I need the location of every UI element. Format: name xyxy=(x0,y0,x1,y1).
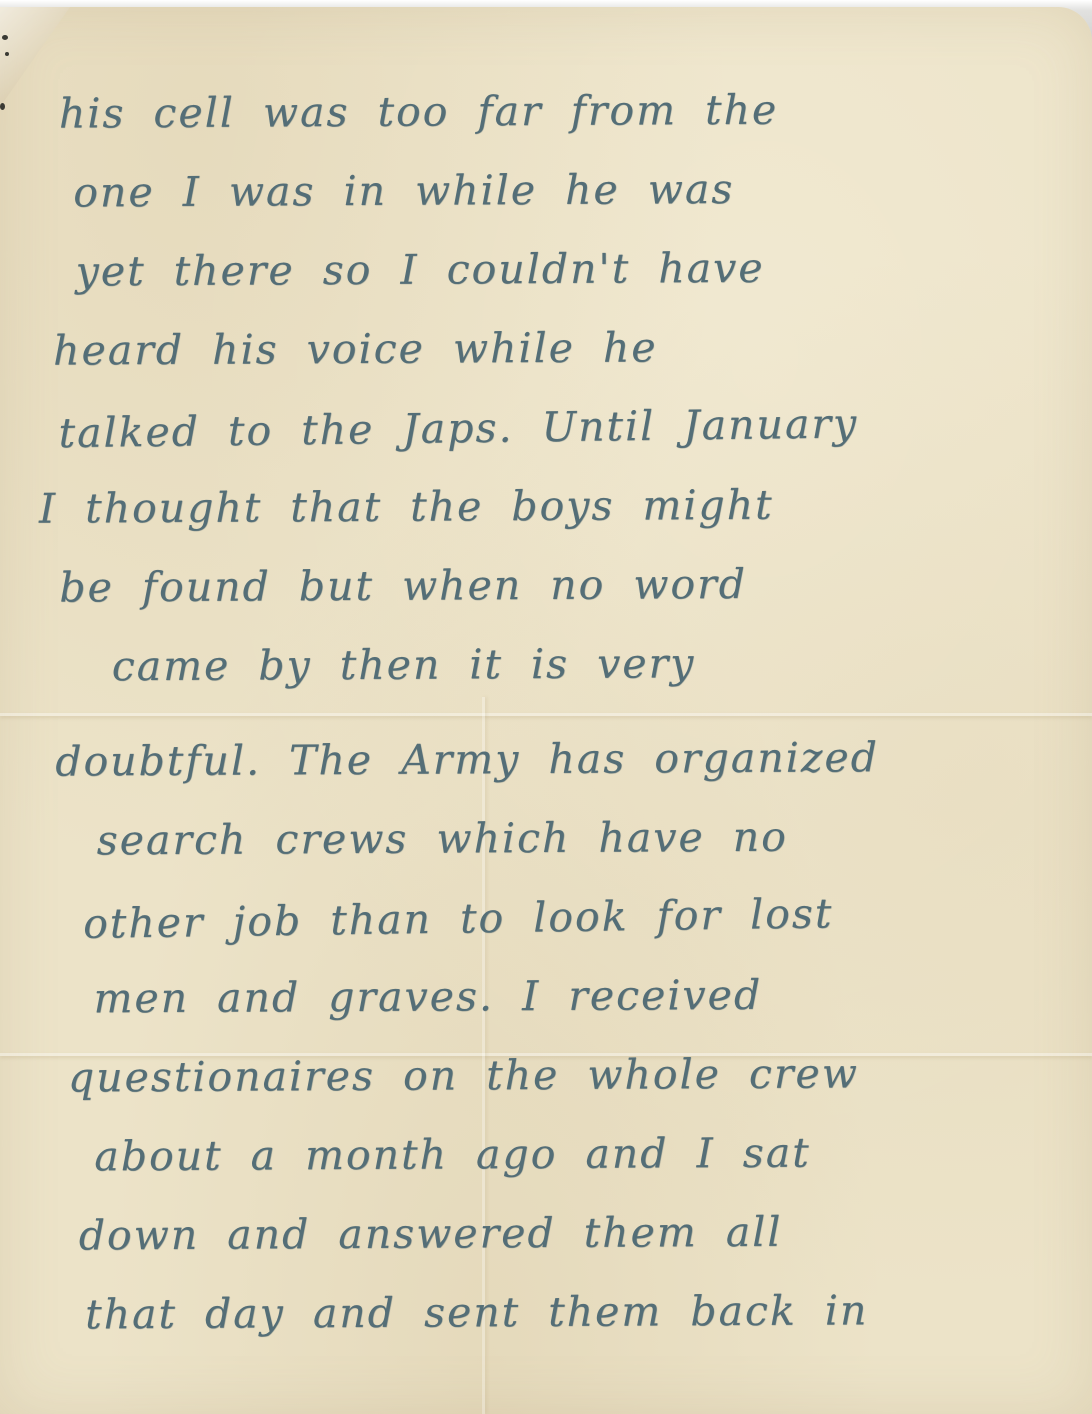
letter-line-4: heard his voice while he xyxy=(53,305,1090,389)
letter-line-16: that day and sent them back in xyxy=(85,1269,1092,1353)
letter-line-12: men and graves. I received xyxy=(93,953,1092,1037)
letter-line-7: be found but when no word xyxy=(59,542,1091,626)
paper-speck xyxy=(5,52,9,56)
letter-body: his cell was too far from the one I was … xyxy=(0,68,1092,1354)
letter-line-2: one I was in while he was xyxy=(73,147,1089,231)
letter-line-3: yet there so I couldn't have xyxy=(75,226,1089,310)
paper-speck xyxy=(2,35,8,40)
letter-line-1: his cell was too far from the xyxy=(59,68,1089,152)
letter-paper: his cell was too far from the one I was … xyxy=(0,7,1092,1414)
letter-line-6: I thought that the boys might xyxy=(39,463,1091,548)
letter-line-8: came by then it is very xyxy=(112,621,1092,705)
letter-line-15: down and answered them all xyxy=(79,1190,1092,1274)
letter-line-9: doubtful. The Army has organized xyxy=(55,716,1092,800)
letter-scan: { "document": { "kind": "handwritten-let… xyxy=(0,0,1092,1414)
letter-line-11: other job than to look for lost xyxy=(83,870,1092,963)
letter-line-13: questionaires on the whole crew xyxy=(68,1032,1092,1116)
letter-line-10: search crews which have no xyxy=(96,795,1092,879)
letter-line-5: talked to the Japs. Until January xyxy=(58,381,1091,473)
letter-line-14: about a month ago and I sat xyxy=(94,1111,1092,1195)
